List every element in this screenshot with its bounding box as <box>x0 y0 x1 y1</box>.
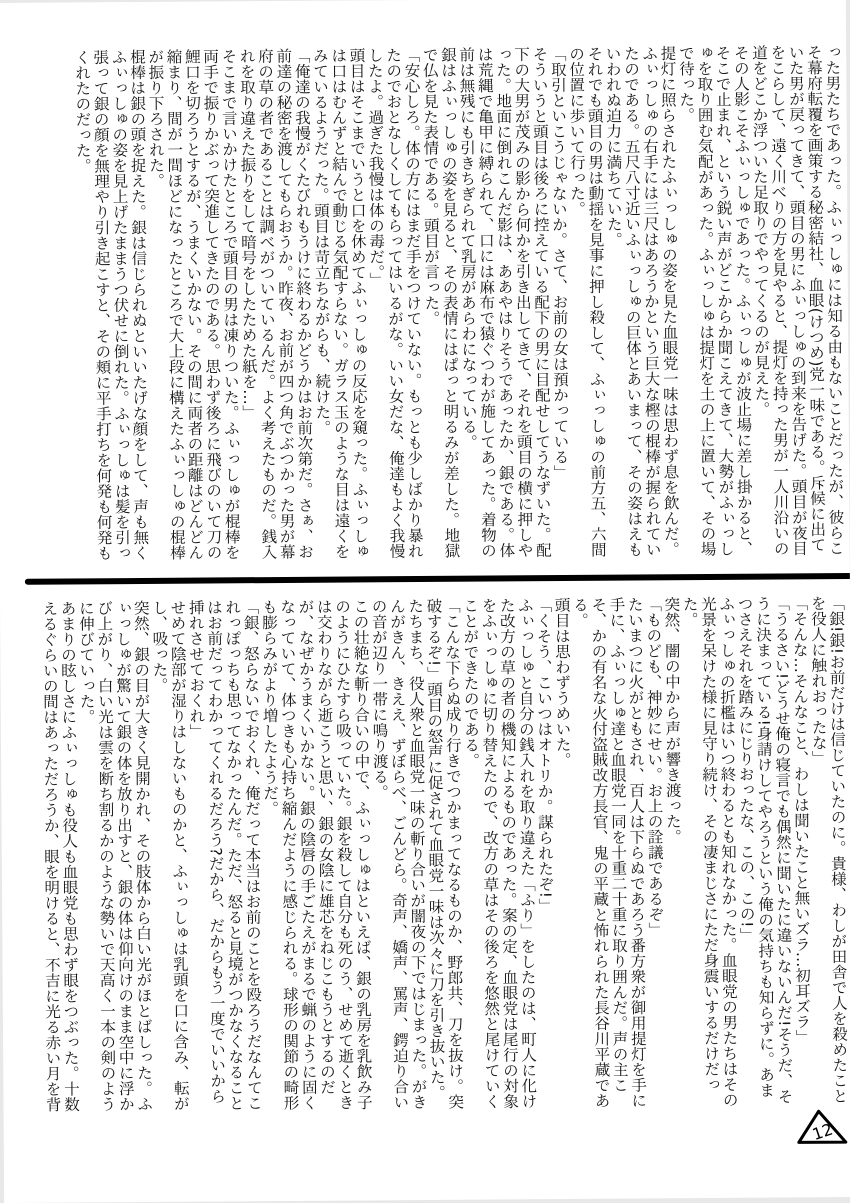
section-divider <box>25 573 850 585</box>
paragraph: 突然、銀の目が大きく見開かれ、その肢体から白い光がほとばしった。ふぃっしゅが驚い… <box>77 600 154 1113</box>
paragraph: 「うるさい!どうせ俺の寝言でも偶然に聞いたに違いないんだ!そうだ、そうに決まって… <box>735 595 793 1108</box>
bottom-text-block: 「銀!銀!お前だけは信じていたのに。貴様、わしが田舎で人を殺めたことを役人に触れ… <box>73 595 849 1113</box>
paragraph: せめて陰部が湿りはしないものかと、ふぃっしゅは乳頭を口に含み、転がし、吸った。 <box>150 600 190 1113</box>
paragraph: 「こんな下らぬ成り行きでつかまってなるものか、野郎共、刀を抜け。突破するぞ!」頭… <box>424 598 464 1111</box>
paragraph: 頭目は思わずうめいた。 <box>552 597 574 1110</box>
page-sheet: った男たちであった。ふぃっしゅには知る由もないことだったが、彼らこそ幕府転覆を画… <box>0 0 850 1203</box>
paragraph: たいまつに火がともされ、百人は下らぬであろう番方衆が御用提灯を手に手に、ふぃっし… <box>571 596 648 1109</box>
paragraph: その人影こそふぃっしゅであった。ふぃっしゅが波止場に差し掛かると、そこで止まれ、… <box>676 45 753 558</box>
paragraph: そこまで言いかけたところで頭目の男は凍りついた。ふぃっしゅが棍棒を両手で振りかぶ… <box>146 48 241 562</box>
paragraph: それでも頭目の男は動揺を見事に押し殺して、ふぃっしゅの前方五、六間の位置に歩いて… <box>567 46 607 559</box>
paragraph: ふぃっしゅと自分の銭入れを取り違えた「ふり」をしたのは、町人に化けた改方の草の者… <box>461 597 538 1110</box>
page-number-badge: 12 <box>796 1106 850 1146</box>
paragraph: この壮絶な斬り合いの中で、ふぃっしゅはといえば、銀の乳房を乳飲み子のようにひたす… <box>259 598 372 1112</box>
paragraph: 突然、闇の中から声が響き渡った。 <box>662 596 684 1109</box>
paragraph: ふぃっしゅの折檻はいつ終わるとも知れなかった。血眼党の男たちはその光景を呆けた様… <box>680 596 738 1109</box>
triangle-page-marker-icon: 12 <box>796 1106 850 1146</box>
paragraph: 提灯に照らされたふぃっしゅの姿を見た血眼党一味は思わず息を飲んだ。ふぃっしゅの右… <box>603 45 680 558</box>
paragraph: そういうと頭目は後ろに控えている配下の男に目配せしてうなずいた。配下の大男が茂み… <box>457 46 552 560</box>
paragraph: 銀はふぃっしゅの姿を見ると、その表情にはぱっと明るみが差した。地獄で仏を見た表情… <box>420 47 460 560</box>
paragraph: 「取引といこうじゃないか。さて、お前の女は預かっている」 <box>548 46 570 559</box>
paragraph: 「くそう、こいつはオトリか。謀られたぞ!」 <box>534 597 556 1110</box>
paragraph: あまりの眩しさにふぃっしゅも役人も血眼党も思わず眼をつぶった。十数えるぐらいの間… <box>40 600 80 1113</box>
paragraph: たちまち、役人衆と血眼党一味の斬り合いが闇夜の下ではじまった。がきんがきん、きえ… <box>369 598 427 1111</box>
paragraph: 「俺達の我慢がくたびれもうけに終わるかどうかはお前次第だ。さぁ、お前達の秘密を渡… <box>237 48 314 561</box>
paragraph: った男たちであった。ふぃっしゅには知る由もないことだったが、彼らこそ幕府転覆を画… <box>750 44 845 558</box>
paragraph: 頭目はそこまでいうと口を休めてふぃっしゅの反応を窺った。ふぃっしゅは口はむんずと… <box>311 47 369 560</box>
paragraph: 「ものども、神妙にせい。お上の詮議であるぞ」 <box>644 596 666 1109</box>
top-text-block: った男たちであった。ふぃっしゅには知る由もないことだったが、彼らこそ幕府転覆を画… <box>69 44 845 562</box>
paragraph: 「安心しろ。体の方にはまだ手をつけていない。もっとも少しばかり暴れたのでおとなし… <box>365 47 423 560</box>
paragraph: 「銀!銀!お前だけは信じていたのに。貴様、わしが田舎で人を殺めたことを役人に触れ… <box>808 595 848 1108</box>
paragraph: 棍棒は銀の頭を捉えた。銀は信じられぬといいたげな顔をして、声も無くふぃっしゅの姿… <box>73 49 150 562</box>
paragraph: 「銀、怒らないでおくれ、俺だって本当はお前のことを殴ろうだなんてこれっぽっちも思… <box>186 599 263 1112</box>
